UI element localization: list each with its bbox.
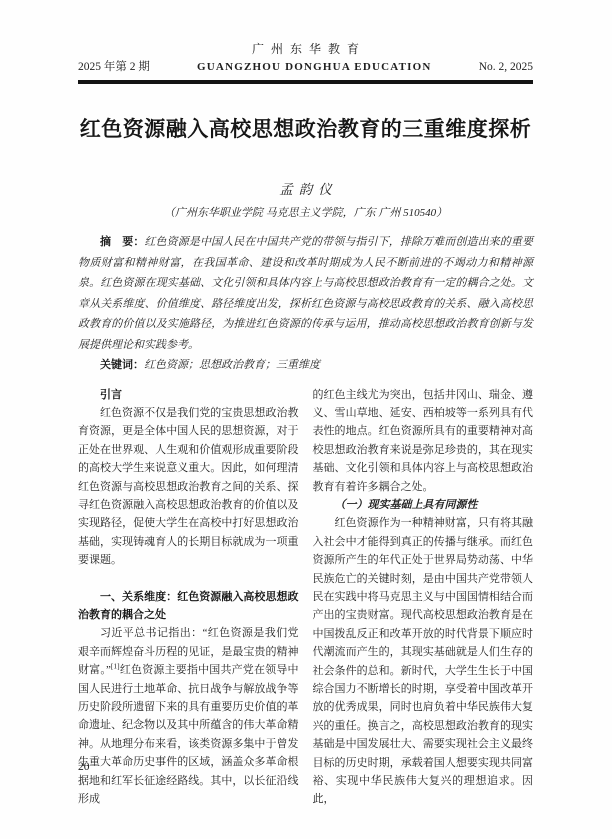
header-double-rule xyxy=(78,80,533,84)
body-columns: 引言 红色资源不仅是我们党的宝贵思想政治教育资源，更是全体中国人民的思想资源，对… xyxy=(78,386,533,809)
issue-label-zh: 2025 年第 2 期 xyxy=(78,60,150,75)
section-1-text-after-citation: 红色资源主要指中国共产党在领导中国人民进行土地革命、抗日战争与解放战争等历史阶段… xyxy=(78,664,299,805)
subsection-1-paragraph: 红色资源作为一种精神财富，只有将其融入社会中才能得到真正的传播与继承。而红色资源… xyxy=(313,514,534,809)
author-name: 孟韵仪 xyxy=(78,182,533,198)
intro-heading: 引言 xyxy=(78,386,299,404)
keywords-line: 关键词：红色资源；思想政治教育；三重维度 xyxy=(78,355,533,376)
journal-name-zh: 广州东华教育 xyxy=(78,42,533,56)
journal-issue-row: 2025 年第 2 期 GUANGZHOU DONGHUA EDUCATION … xyxy=(78,60,533,75)
article-title: 红色资源融入高校思想政治教育的三重维度探析 xyxy=(78,115,533,145)
abstract-label: 摘 要： xyxy=(100,236,144,248)
subsection-1-heading: （一）现实基础上具有同源性 xyxy=(313,496,534,514)
journal-name-en: GUANGZHOU DONGHUA EDUCATION xyxy=(197,60,432,75)
journal-header: 广州东华教育 2025 年第 2 期 GUANGZHOU DONGHUA EDU… xyxy=(78,42,533,84)
right-column: 的红色主线尤为突出，包括井冈山、瑞金、遵义、雪山草地、延安、西柏坡等一系列具有代… xyxy=(313,386,534,809)
keywords-text: 红色资源；思想政治教育；三重维度 xyxy=(144,359,320,371)
section-1-heading: 一、关系维度：红色资源融入高校思想政治教育的耦合之处 xyxy=(78,588,299,625)
journal-page: 广州东华教育 2025 年第 2 期 GUANGZHOU DONGHUA EDU… xyxy=(0,0,612,839)
author-affiliation: （广州东华职业学院 马克思主义学院，广东 广州 510540） xyxy=(78,206,533,220)
left-column: 引言 红色资源不仅是我们党的宝贵思想政治教育资源，更是全体中国人民的思想资源，对… xyxy=(78,386,299,809)
continuation-paragraph: 的红色主线尤为突出，包括井冈山、瑞金、遵义、雪山草地、延安、西柏坡等一系列具有代… xyxy=(313,386,534,496)
keywords-label: 关键词： xyxy=(100,359,144,371)
abstract-paragraph: 摘 要：红色资源是中国人民在中国共产党的带领与指引下，排除万难而创造出来的重要物… xyxy=(78,232,533,355)
section-1-paragraph: 习近平总书记指出：“红色资源是我们党艰辛而辉煌奋斗历程的见证，是最宝贵的精神财富… xyxy=(78,624,299,808)
intro-paragraph: 红色资源不仅是我们党的宝贵思想政治教育资源，更是全体中国人民的思想资源，对于正处… xyxy=(78,404,299,570)
citation-marker-1: [1] xyxy=(111,662,120,671)
issue-label-en: No. 2, 2025 xyxy=(479,60,533,75)
abstract-text: 红色资源是中国人民在中国共产党的带领与指引下，排除万难而创造出来的重要物质财富和… xyxy=(78,236,533,351)
page-number: 20 xyxy=(78,760,90,774)
